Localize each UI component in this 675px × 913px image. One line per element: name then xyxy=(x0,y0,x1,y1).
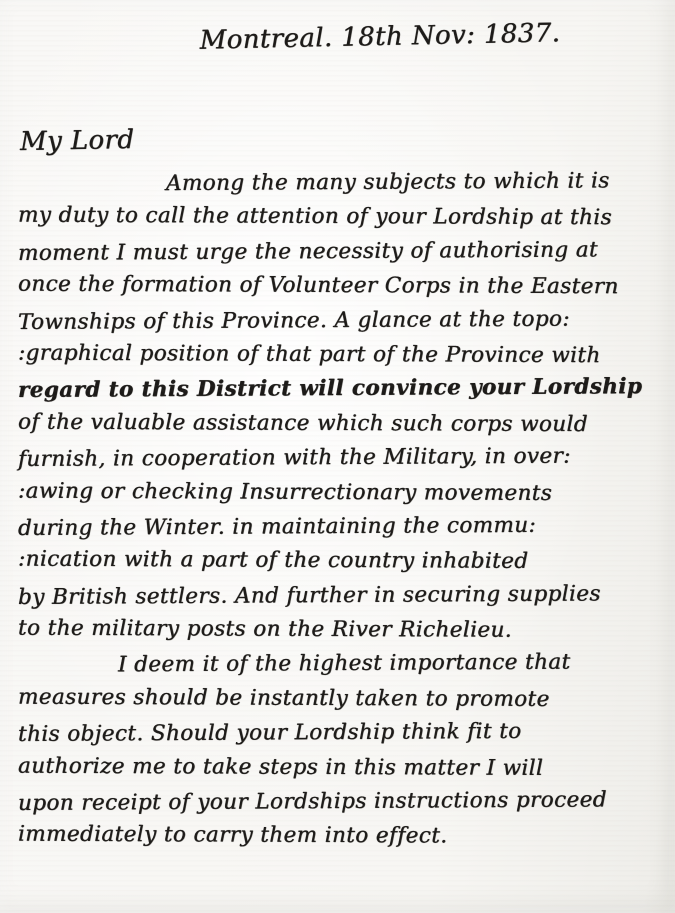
letter-line: of the valuable assistance which such co… xyxy=(18,405,665,442)
letter-line: Townships of this Province. A glance at … xyxy=(18,302,665,340)
letter-line: I deem it of the highest importance that xyxy=(18,645,665,683)
letter-line: regard to this District will convince yo… xyxy=(18,370,665,408)
letter-body: Among the many subjects to which it is m… xyxy=(18,166,665,854)
letter-line: :awing or checking Insurrectionary movem… xyxy=(18,474,665,511)
letter-line: moment I must urge the necessity of auth… xyxy=(18,233,665,271)
letter-line: furnish, in cooperation with the Militar… xyxy=(18,439,665,477)
letter-line: measures should be instantly taken to pr… xyxy=(18,680,665,717)
letter-line: authorize me to take steps in this matte… xyxy=(18,749,665,786)
manuscript-letter-page: Montreal. 18th Nov: 1837. My Lord Among … xyxy=(0,0,675,913)
letter-line: my duty to call the attention of your Lo… xyxy=(18,199,665,236)
letter-line: once the formation of Volunteer Corps in… xyxy=(18,268,665,305)
letter-line: this object. Should your Lordship think … xyxy=(18,714,665,752)
letter-line: by British settlers. And further in secu… xyxy=(18,577,665,615)
letter-line: immediately to carry them into effect. xyxy=(18,818,665,855)
letter-line: :graphical position of that part of the … xyxy=(18,337,665,374)
letter-line: to the military posts on the River Riche… xyxy=(18,612,665,649)
letter-dateline: Montreal. 18th Nov: 1837. xyxy=(150,17,611,57)
letter-line: upon receipt of your Lordships instructi… xyxy=(18,783,665,821)
letter-line: :nication with a part of the country inh… xyxy=(18,543,665,580)
letter-salutation: My Lord xyxy=(20,125,135,157)
letter-line: Among the many subjects to which it is xyxy=(18,164,665,202)
letter-line: during the Winter. in maintaining the co… xyxy=(18,508,665,546)
